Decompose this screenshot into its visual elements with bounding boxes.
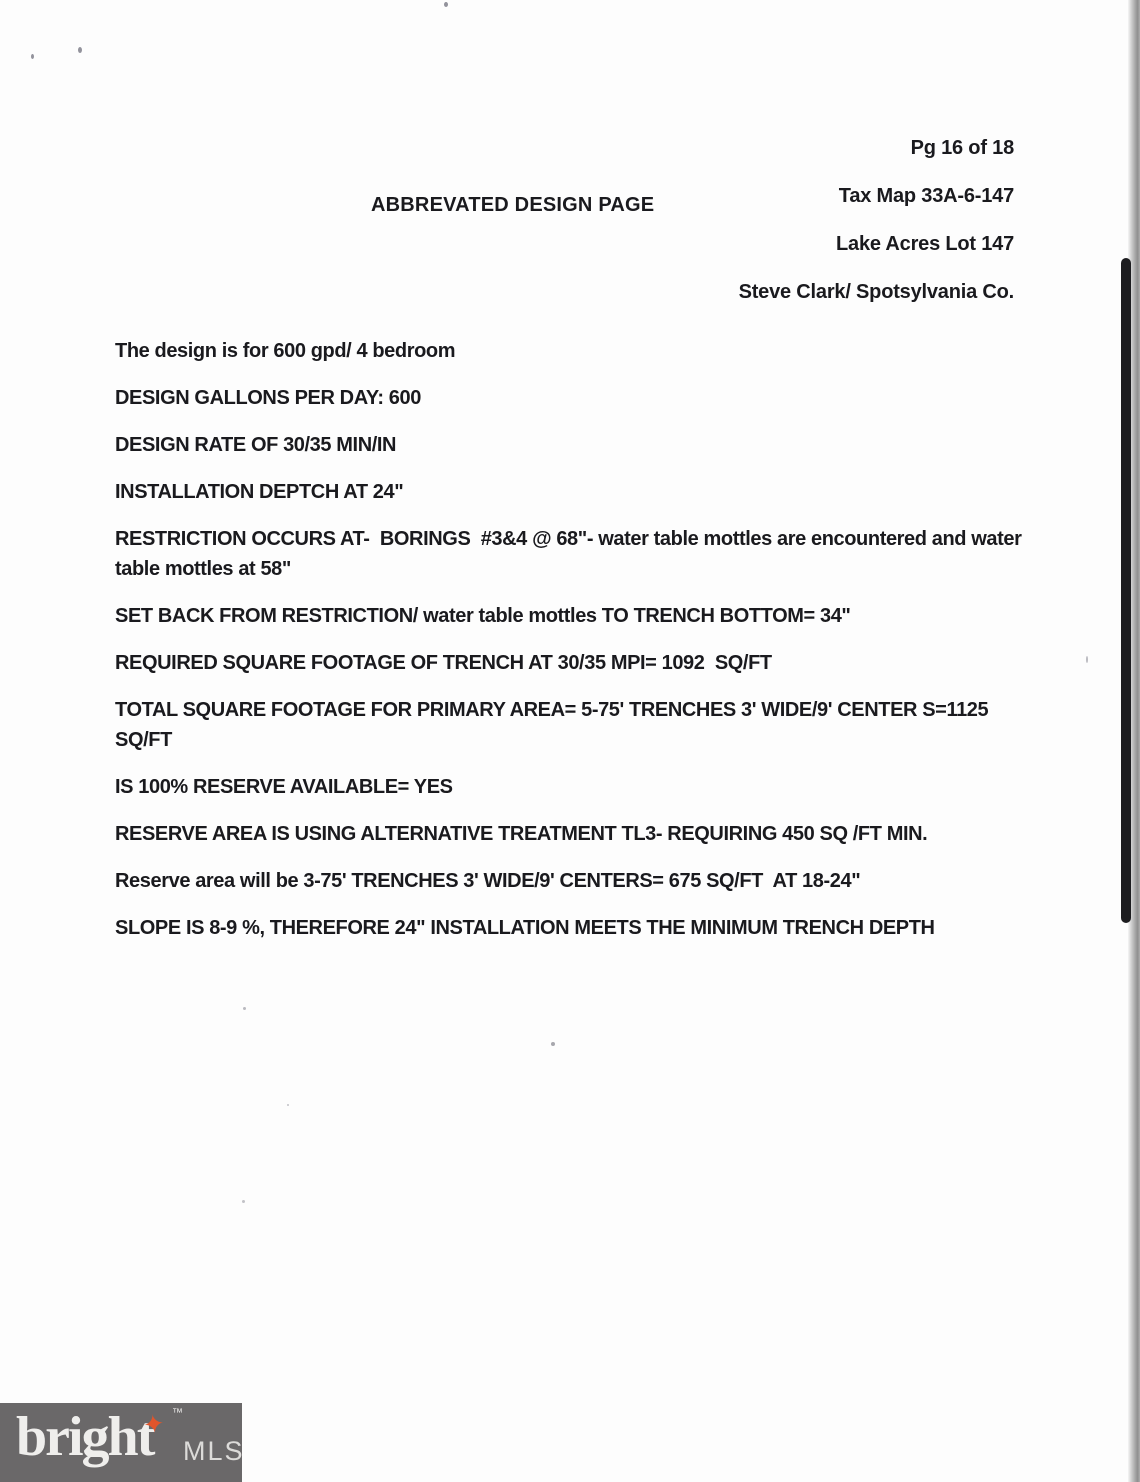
- scan-speck: [444, 2, 448, 7]
- page-title: ABBREVATED DESIGN PAGE: [371, 194, 654, 217]
- brightmls-brand-text: bright: [16, 1398, 153, 1477]
- scrollbar-thumb[interactable]: [1121, 258, 1131, 923]
- body-line: SLOPE IS 8-9 %, THEREFORE 24" INSTALLATI…: [115, 913, 1035, 943]
- body-line: The design is for 600 gpd/ 4 bedroom: [115, 336, 1035, 366]
- owner-label: Steve Clark/ Spotsylvania Co.: [739, 282, 1014, 303]
- scan-speck: [1086, 656, 1088, 663]
- body-line: RESTRICTION OCCURS AT- BORINGS #3&4 @ 68…: [115, 524, 1035, 584]
- sparkle-icon: ✦: [141, 1411, 166, 1440]
- scan-speck: [78, 47, 82, 53]
- body-line: DESIGN GALLONS PER DAY: 600: [115, 383, 1035, 413]
- trademark-symbol: ™: [172, 1407, 183, 1419]
- body-line: REQUIRED SQUARE FOOTAGE OF TRENCH AT 30/…: [115, 648, 1035, 678]
- body-line: SET BACK FROM RESTRICTION/ water table m…: [115, 601, 1035, 631]
- body-line: RESERVE AREA IS USING ALTERNATIVE TREATM…: [115, 819, 1035, 849]
- body-line: TOTAL SQUARE FOOTAGE FOR PRIMARY AREA= 5…: [115, 695, 1035, 755]
- document-body: The design is for 600 gpd/ 4 bedroom DES…: [115, 336, 1035, 960]
- body-line: DESIGN RATE OF 30/35 MIN/IN: [115, 430, 1035, 460]
- lot-label: Lake Acres Lot 147: [739, 234, 1014, 255]
- body-line: Reserve area will be 3-75' TRENCHES 3' W…: [115, 866, 1035, 896]
- scan-speck: [287, 1104, 289, 1106]
- brightmls-logo-bar: bright ✦ ™ MLS: [0, 1403, 242, 1482]
- scan-speck: [551, 1042, 555, 1046]
- mls-text: MLS: [183, 1436, 245, 1467]
- scan-speck: [243, 1007, 246, 1010]
- body-line: INSTALLATION DEPTCH AT 24": [115, 477, 1035, 507]
- page-number: Pg 16 of 18: [739, 138, 1014, 159]
- document-page: Pg 16 of 18 Tax Map 33A-6-147 Lake Acres…: [0, 0, 1140, 1482]
- scan-speck: [242, 1200, 245, 1203]
- body-line: IS 100% RESERVE AVAILABLE= YES: [115, 772, 1035, 802]
- document-header-right: Pg 16 of 18 Tax Map 33A-6-147 Lake Acres…: [739, 138, 1014, 330]
- tax-map-label: Tax Map 33A-6-147: [739, 186, 1014, 207]
- scan-speck: [31, 54, 34, 59]
